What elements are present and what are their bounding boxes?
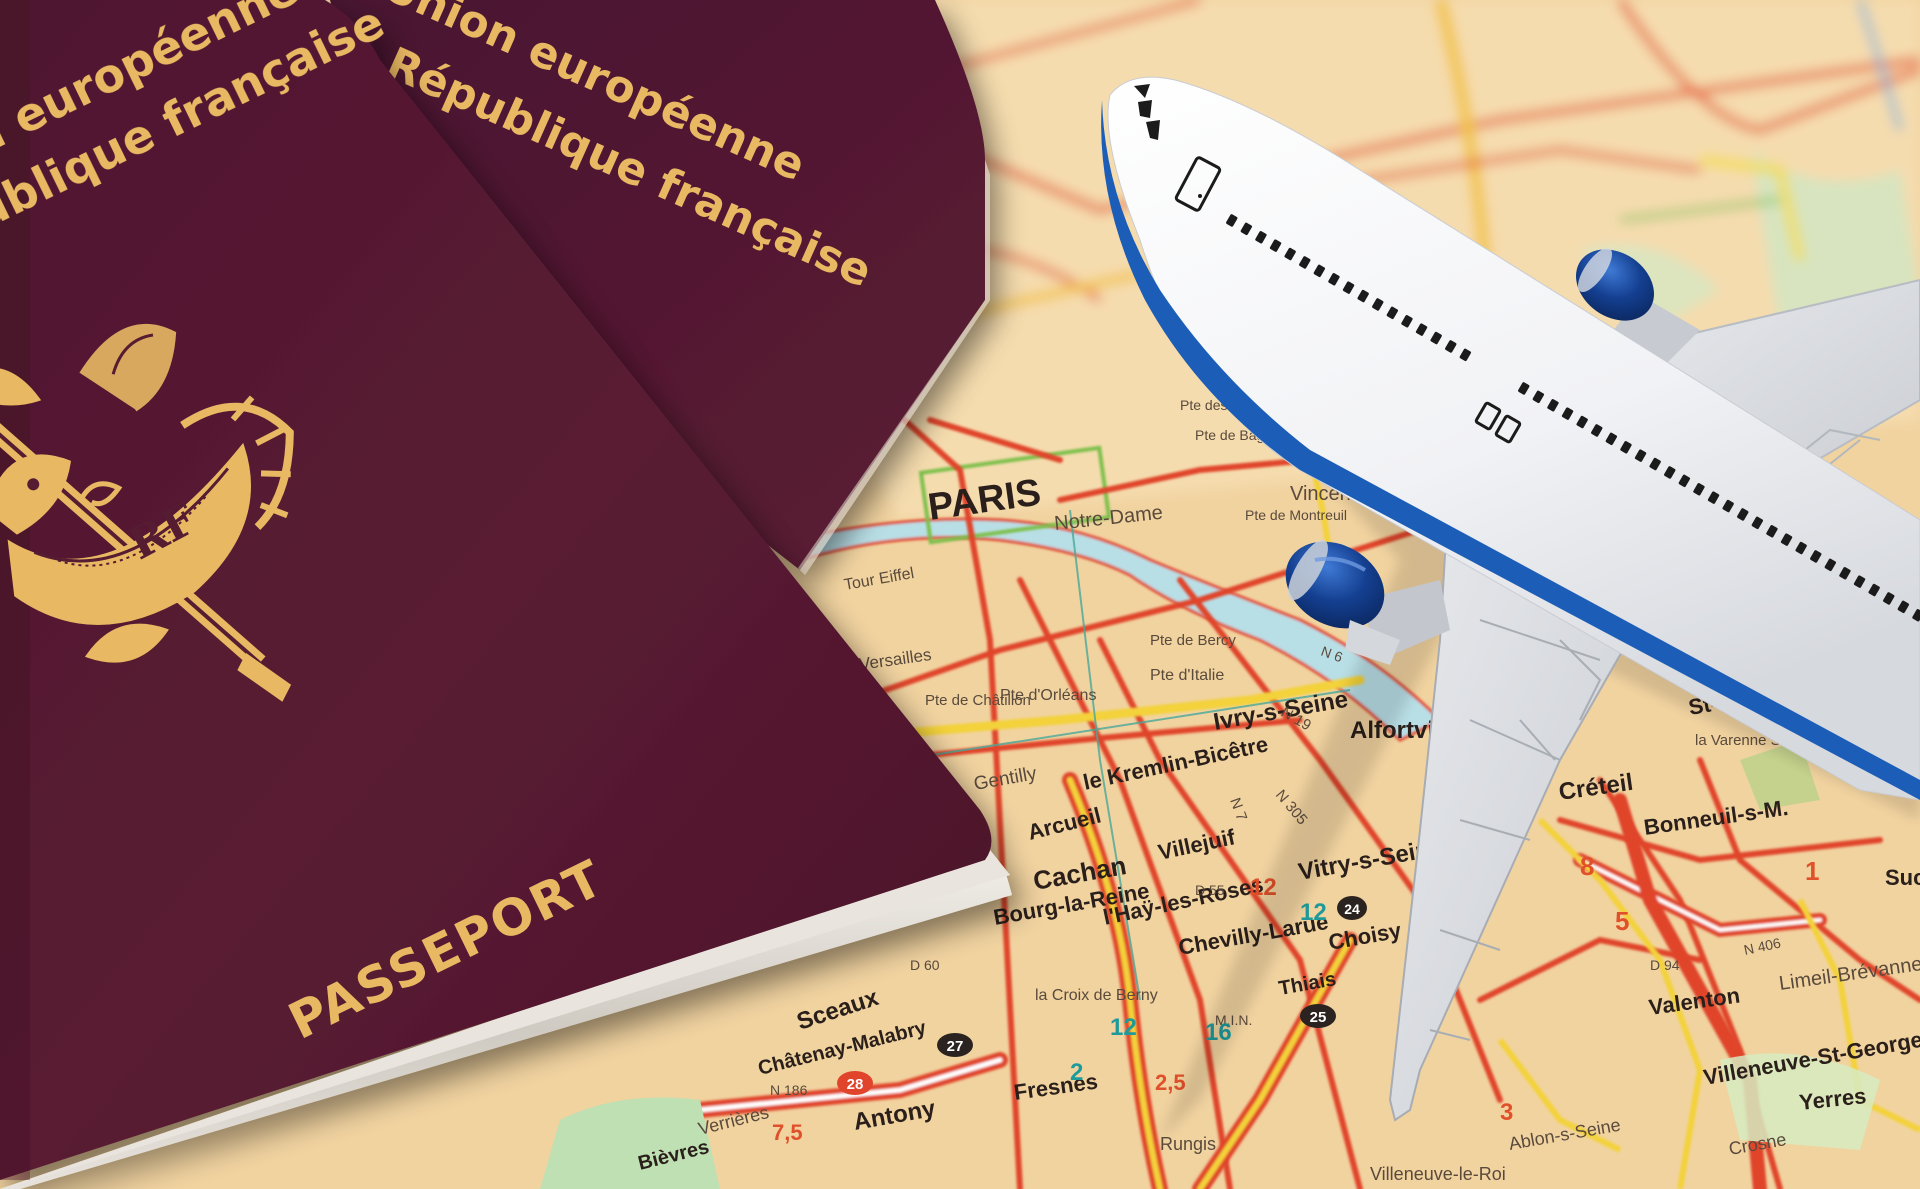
svg-text:28: 28 — [847, 1076, 864, 1093]
svg-text:27: 27 — [947, 1038, 964, 1055]
map-place: Rungis — [1160, 1134, 1216, 1154]
map-gate: Pte de Bercy — [1150, 632, 1236, 649]
road-number: D 55 — [1195, 882, 1225, 898]
distance-marker: 12 — [1300, 899, 1327, 926]
photo-canvas: PARIS Notre-Dame Tour Eiffel Vincennes V… — [0, 0, 1920, 1189]
road-number: D 94 — [1650, 957, 1680, 973]
map-place: Sucy — [1885, 865, 1920, 890]
map-gate: Pte de Châtillon — [925, 692, 1031, 709]
road-number: D 60 — [910, 957, 940, 973]
distance-marker: 2 — [1070, 1059, 1083, 1086]
distance-marker: 7,5 — [772, 1120, 803, 1145]
distance-marker: 5 — [1615, 906, 1629, 936]
distance-marker: 8 — [1580, 851, 1594, 881]
photo-scene: PARIS Notre-Dame Tour Eiffel Vincennes V… — [0, 0, 1920, 1189]
map-place: la Croix de Berny — [1035, 987, 1158, 1004]
distance-marker: 3 — [1500, 1099, 1513, 1126]
distance-marker: 1 — [1805, 856, 1819, 886]
map-gate: Pte de Montreuil — [1245, 507, 1347, 523]
map-place: Villeneuve-le-Roi — [1370, 1164, 1506, 1184]
svg-text:25: 25 — [1310, 1009, 1327, 1026]
route-badge: 24 — [1337, 896, 1367, 920]
road-number: N 186 — [770, 1082, 808, 1098]
distance-marker: 12 — [1110, 1014, 1137, 1041]
map-gate: Pte d'Italie — [1150, 667, 1224, 684]
route-badge: 25 — [1300, 1004, 1336, 1028]
route-badge: 28 — [837, 1071, 873, 1095]
route-badge: 27 — [937, 1033, 973, 1057]
svg-text:24: 24 — [1344, 901, 1360, 917]
